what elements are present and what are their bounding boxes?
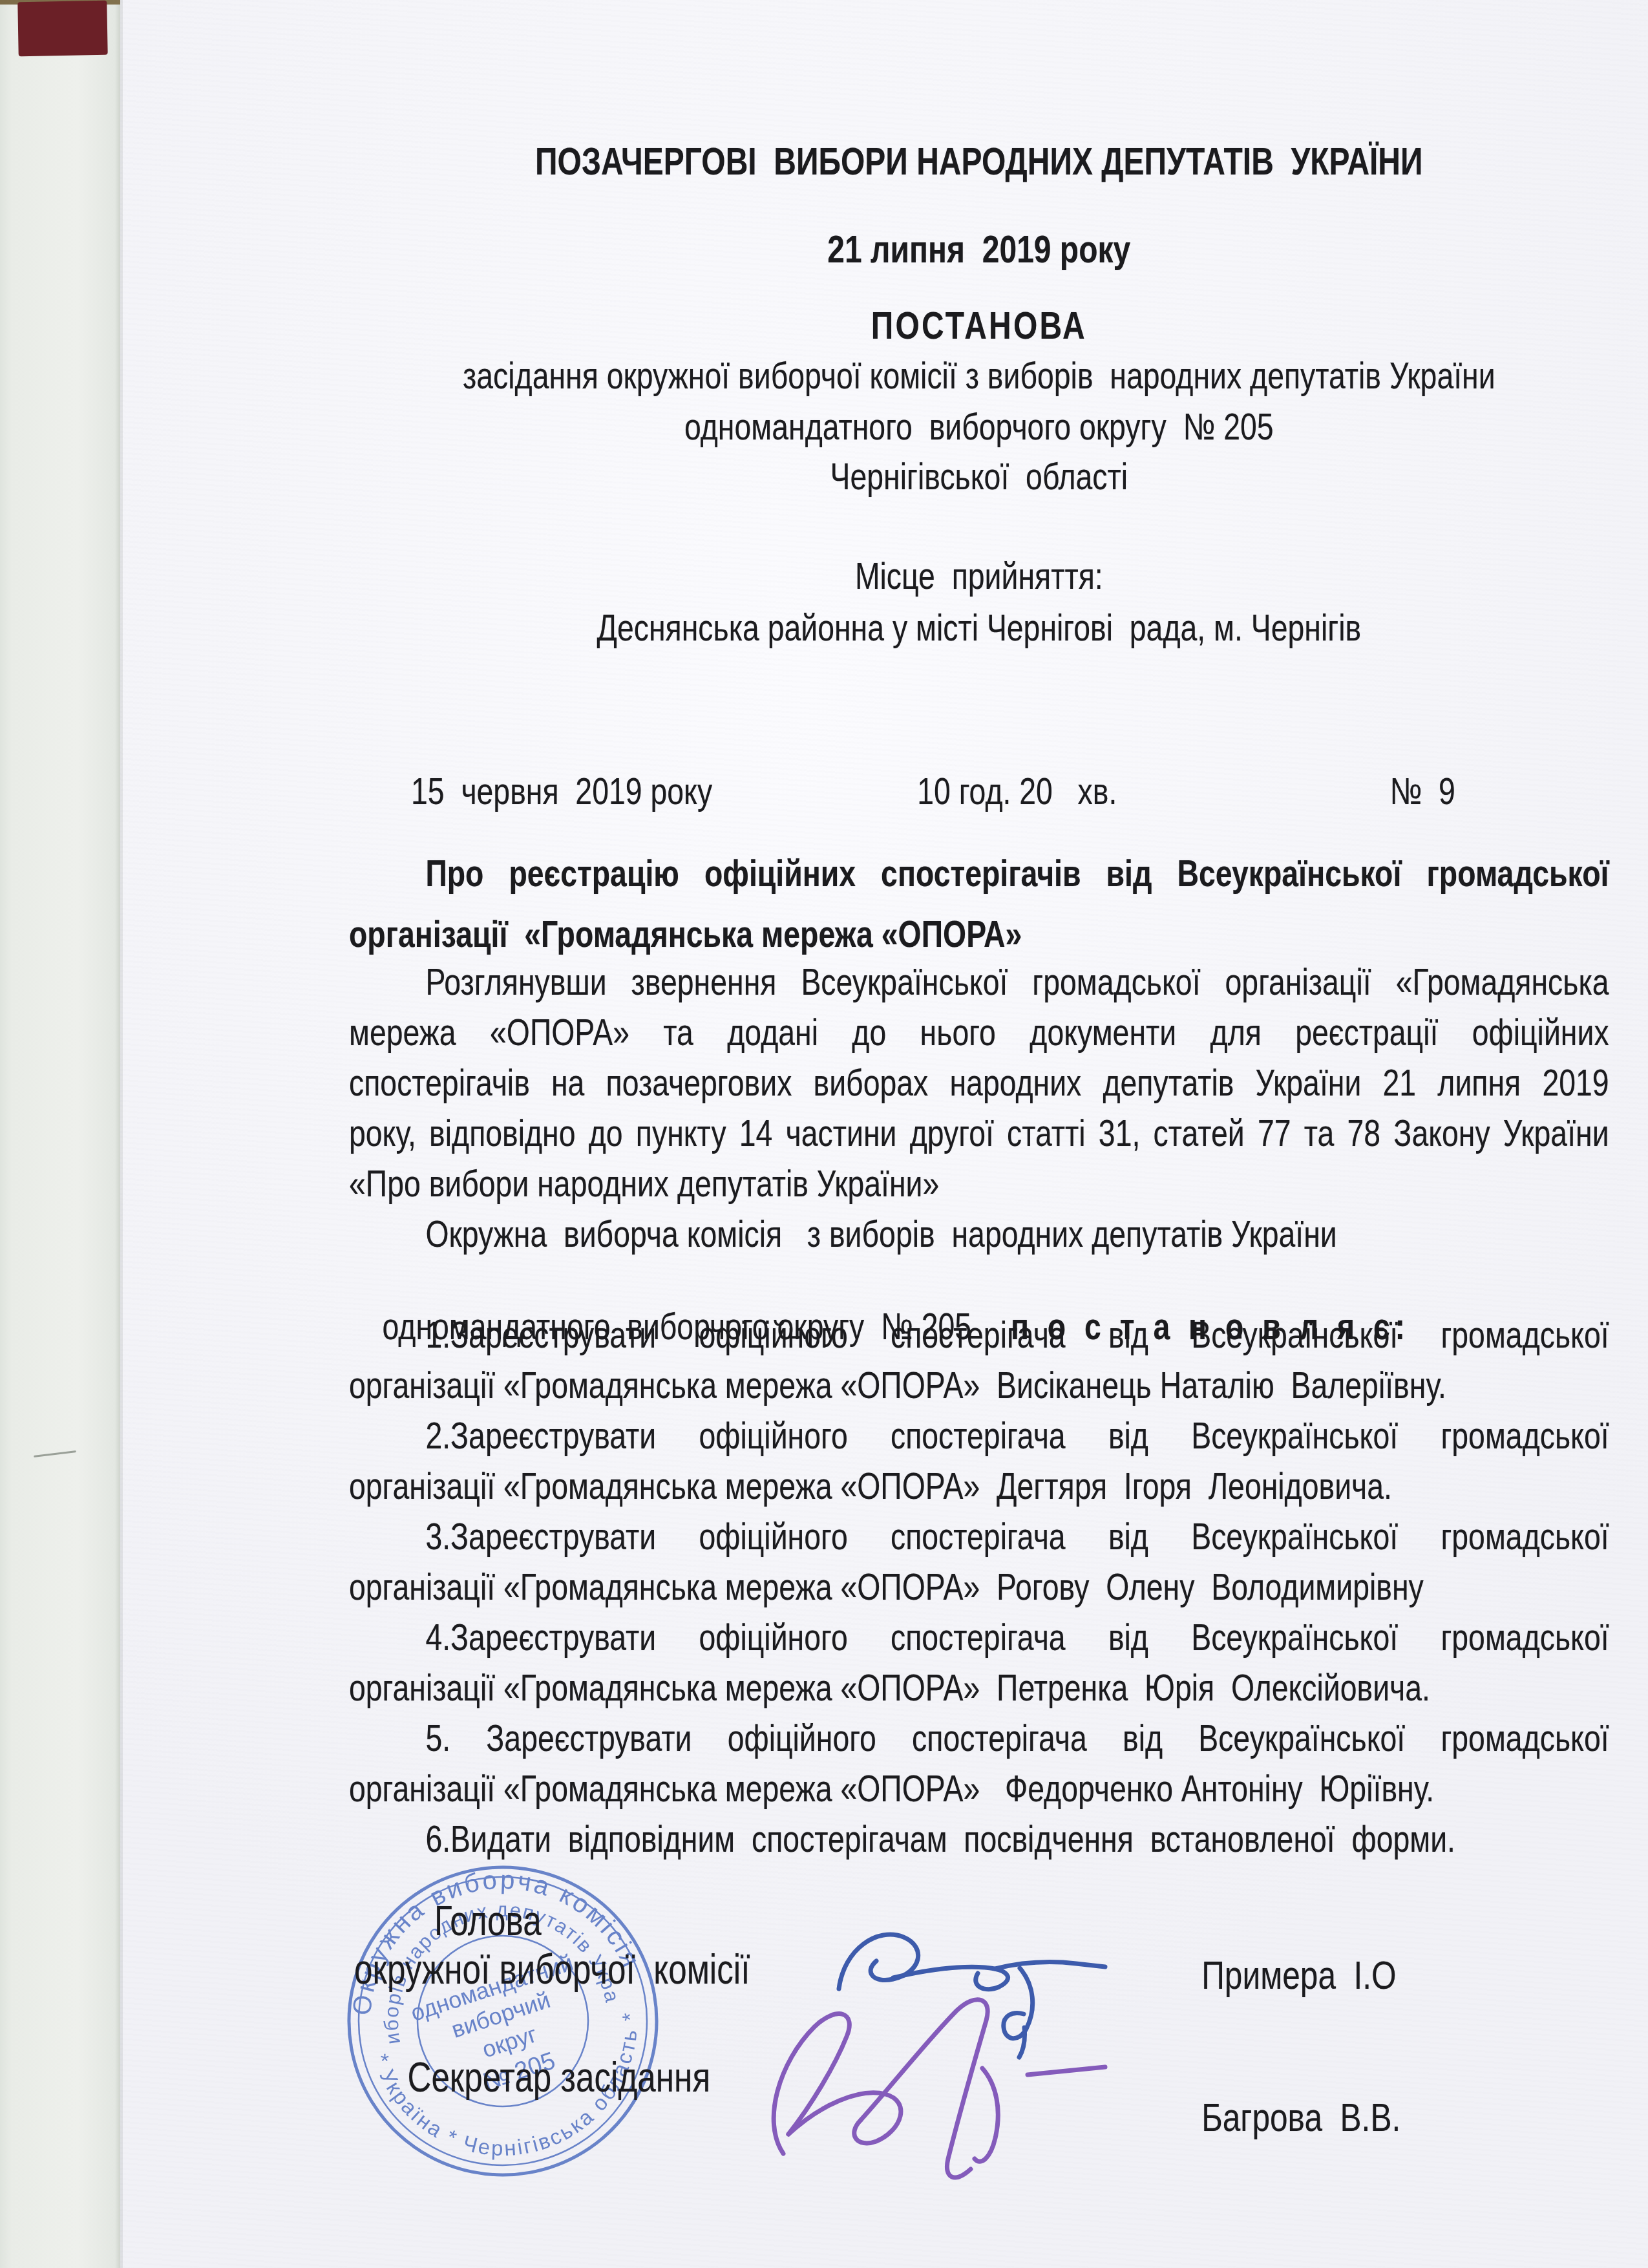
oblast-line: Чернігівської області [349,456,1609,498]
paragraph-line: спостерігачів на позачергових виборах на… [349,1063,1609,1105]
item-1-line-2: організації «Громадянська мережа «ОПОРА»… [349,1365,1609,1407]
place-label: Місце прийняття: [349,556,1609,598]
item-6-line: 6.Видати відповідним спостерігачам посві… [349,1819,1609,1861]
secretary-signature [724,1965,1137,2191]
paragraph-line: Розглянувши звернення Всеукраїнської гро… [349,962,1609,1004]
item-4-line-2: організації «Громадянська мережа «ОПОРА»… [349,1668,1609,1710]
item-5-line-1: 5. Зареєструвати офіційного спостерігача… [349,1718,1609,1760]
district-line: одномандатного виборчого округу № 205 [349,407,1609,449]
subject-line-1: Про реєстрацію офіційних спостерігачів в… [349,853,1609,895]
doc-type: ПОСТАНОВА [349,304,1609,347]
subject-line-2: організації «Громадянська мережа «ОПОРА» [349,914,1609,956]
paper-left-edge-shadow [120,0,123,2268]
place-value: Деснянська районна у місті Чернігові рад… [349,608,1609,650]
commission-line: засідання окружної виборчої комісії з ви… [349,355,1609,397]
scanned-document: ПОЗАЧЕРГОВІ ВИБОРИ НАРОДНИХ ДЕПУТАТІВ УК… [0,0,1648,2268]
paragraph-line: року, відповідно до пункту 14 частини др… [349,1113,1609,1155]
paragraph-line: «Про вибори народних депутатів України» [349,1163,1609,1205]
meeting-time: 10 год. 20 хв. [917,771,1117,813]
scan-edge-band [0,0,120,2268]
item-2-line-1: 2.Зареєструвати офіційного спостерігача … [349,1415,1609,1457]
paragraph-line: мережа «ОПОРА» та додані до нього докуме… [349,1012,1609,1054]
item-3-line-2: організації «Громадянська мережа «ОПОРА»… [349,1567,1609,1609]
election-date: 21 липня 2019 року [349,228,1609,271]
item-1-line-1: 1.Зареєструвати офіційного спостерігача … [349,1315,1609,1357]
doc-title: ПОЗАЧЕРГОВІ ВИБОРИ НАРОДНИХ ДЕПУТАТІВ УК… [349,140,1609,183]
item-4-line-1: 4.Зареєструвати офіційного спостерігача … [349,1617,1609,1659]
meeting-date: 15 червня 2019 року [411,771,712,813]
item-5-line-2: організації «Громадянська мережа «ОПОРА»… [349,1768,1609,1810]
doc-number: № 9 [1389,771,1455,813]
item-3-line-1: 3.Зареєструвати офіційного спостерігача … [349,1516,1609,1558]
item-2-line-2: організації «Громадянська мережа «ОПОРА»… [349,1466,1609,1508]
scan-corner-artifact [17,1,107,56]
resolve-line-1: Окружна виборча комісія з виборів народн… [349,1214,1609,1256]
